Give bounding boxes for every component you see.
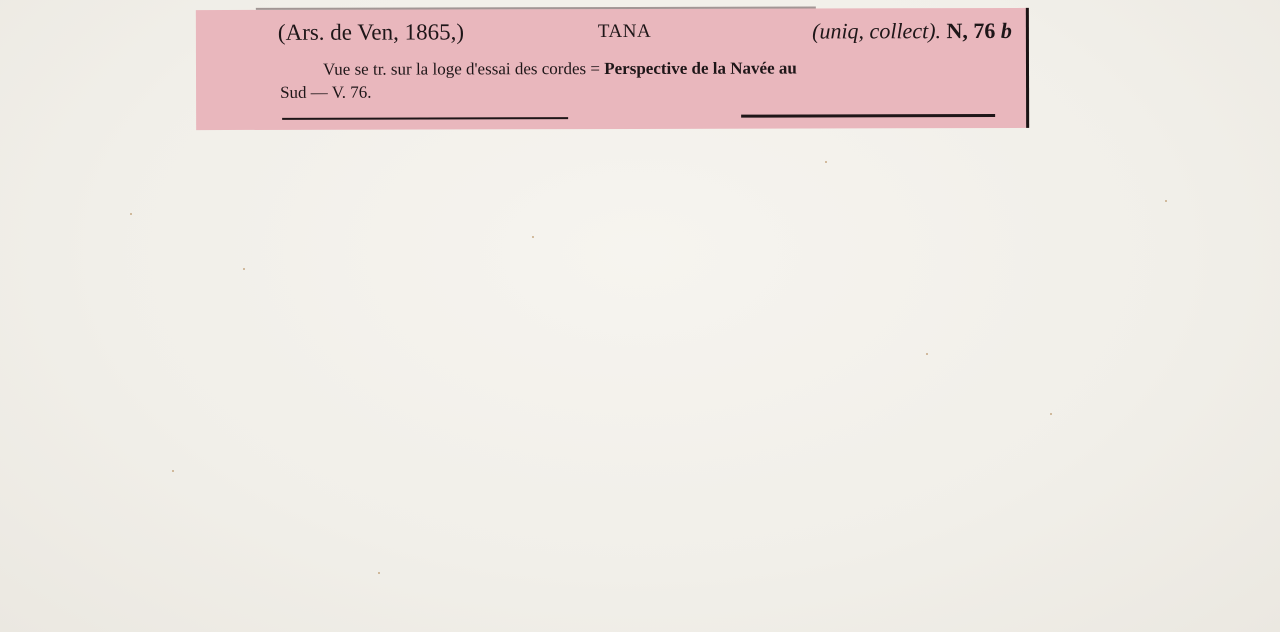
paper-speck xyxy=(926,353,928,355)
paper-speck xyxy=(130,213,132,215)
paper-speck xyxy=(825,161,827,163)
pink-catalog-label: (Ars. de Ven, 1865,) TANA (uniq, collect… xyxy=(196,8,1029,130)
label-bottom-rule-left xyxy=(282,117,568,120)
label-header-row: (Ars. de Ven, 1865,) TANA (uniq, collect… xyxy=(278,18,1012,50)
caption-bold-text: Perspective de la Navée au xyxy=(604,59,797,79)
caption-line-2: Sud — V. 76. xyxy=(280,83,372,103)
collection-name: (uniq, collect). xyxy=(812,18,941,43)
paper-speck xyxy=(378,572,380,574)
paper-speck xyxy=(1165,200,1167,202)
label-bottom-rule-right xyxy=(741,114,995,118)
collection-number: (uniq, collect). N, 76 b xyxy=(812,18,1012,45)
caption-regular-text: Vue se tr. sur la loge d'essai des corde… xyxy=(323,59,586,79)
stereoview-card: (Ars. de Ven, 1865,) TANA (uniq, collect… xyxy=(0,0,1280,632)
paper-speck xyxy=(243,268,245,270)
paper-speck xyxy=(532,236,534,238)
item-suffix: b xyxy=(1001,18,1012,43)
archive-reference: (Ars. de Ven, 1865,) xyxy=(278,19,464,45)
caption-line-1: Vue se tr. sur la loge d'essai des corde… xyxy=(323,58,1012,80)
paper-speck xyxy=(172,470,174,472)
paper-speck xyxy=(1050,413,1052,415)
place-name: TANA xyxy=(598,21,651,43)
caption-separator: = xyxy=(590,59,600,78)
label-top-rule xyxy=(256,6,816,9)
item-number: N, 76 xyxy=(946,18,995,43)
